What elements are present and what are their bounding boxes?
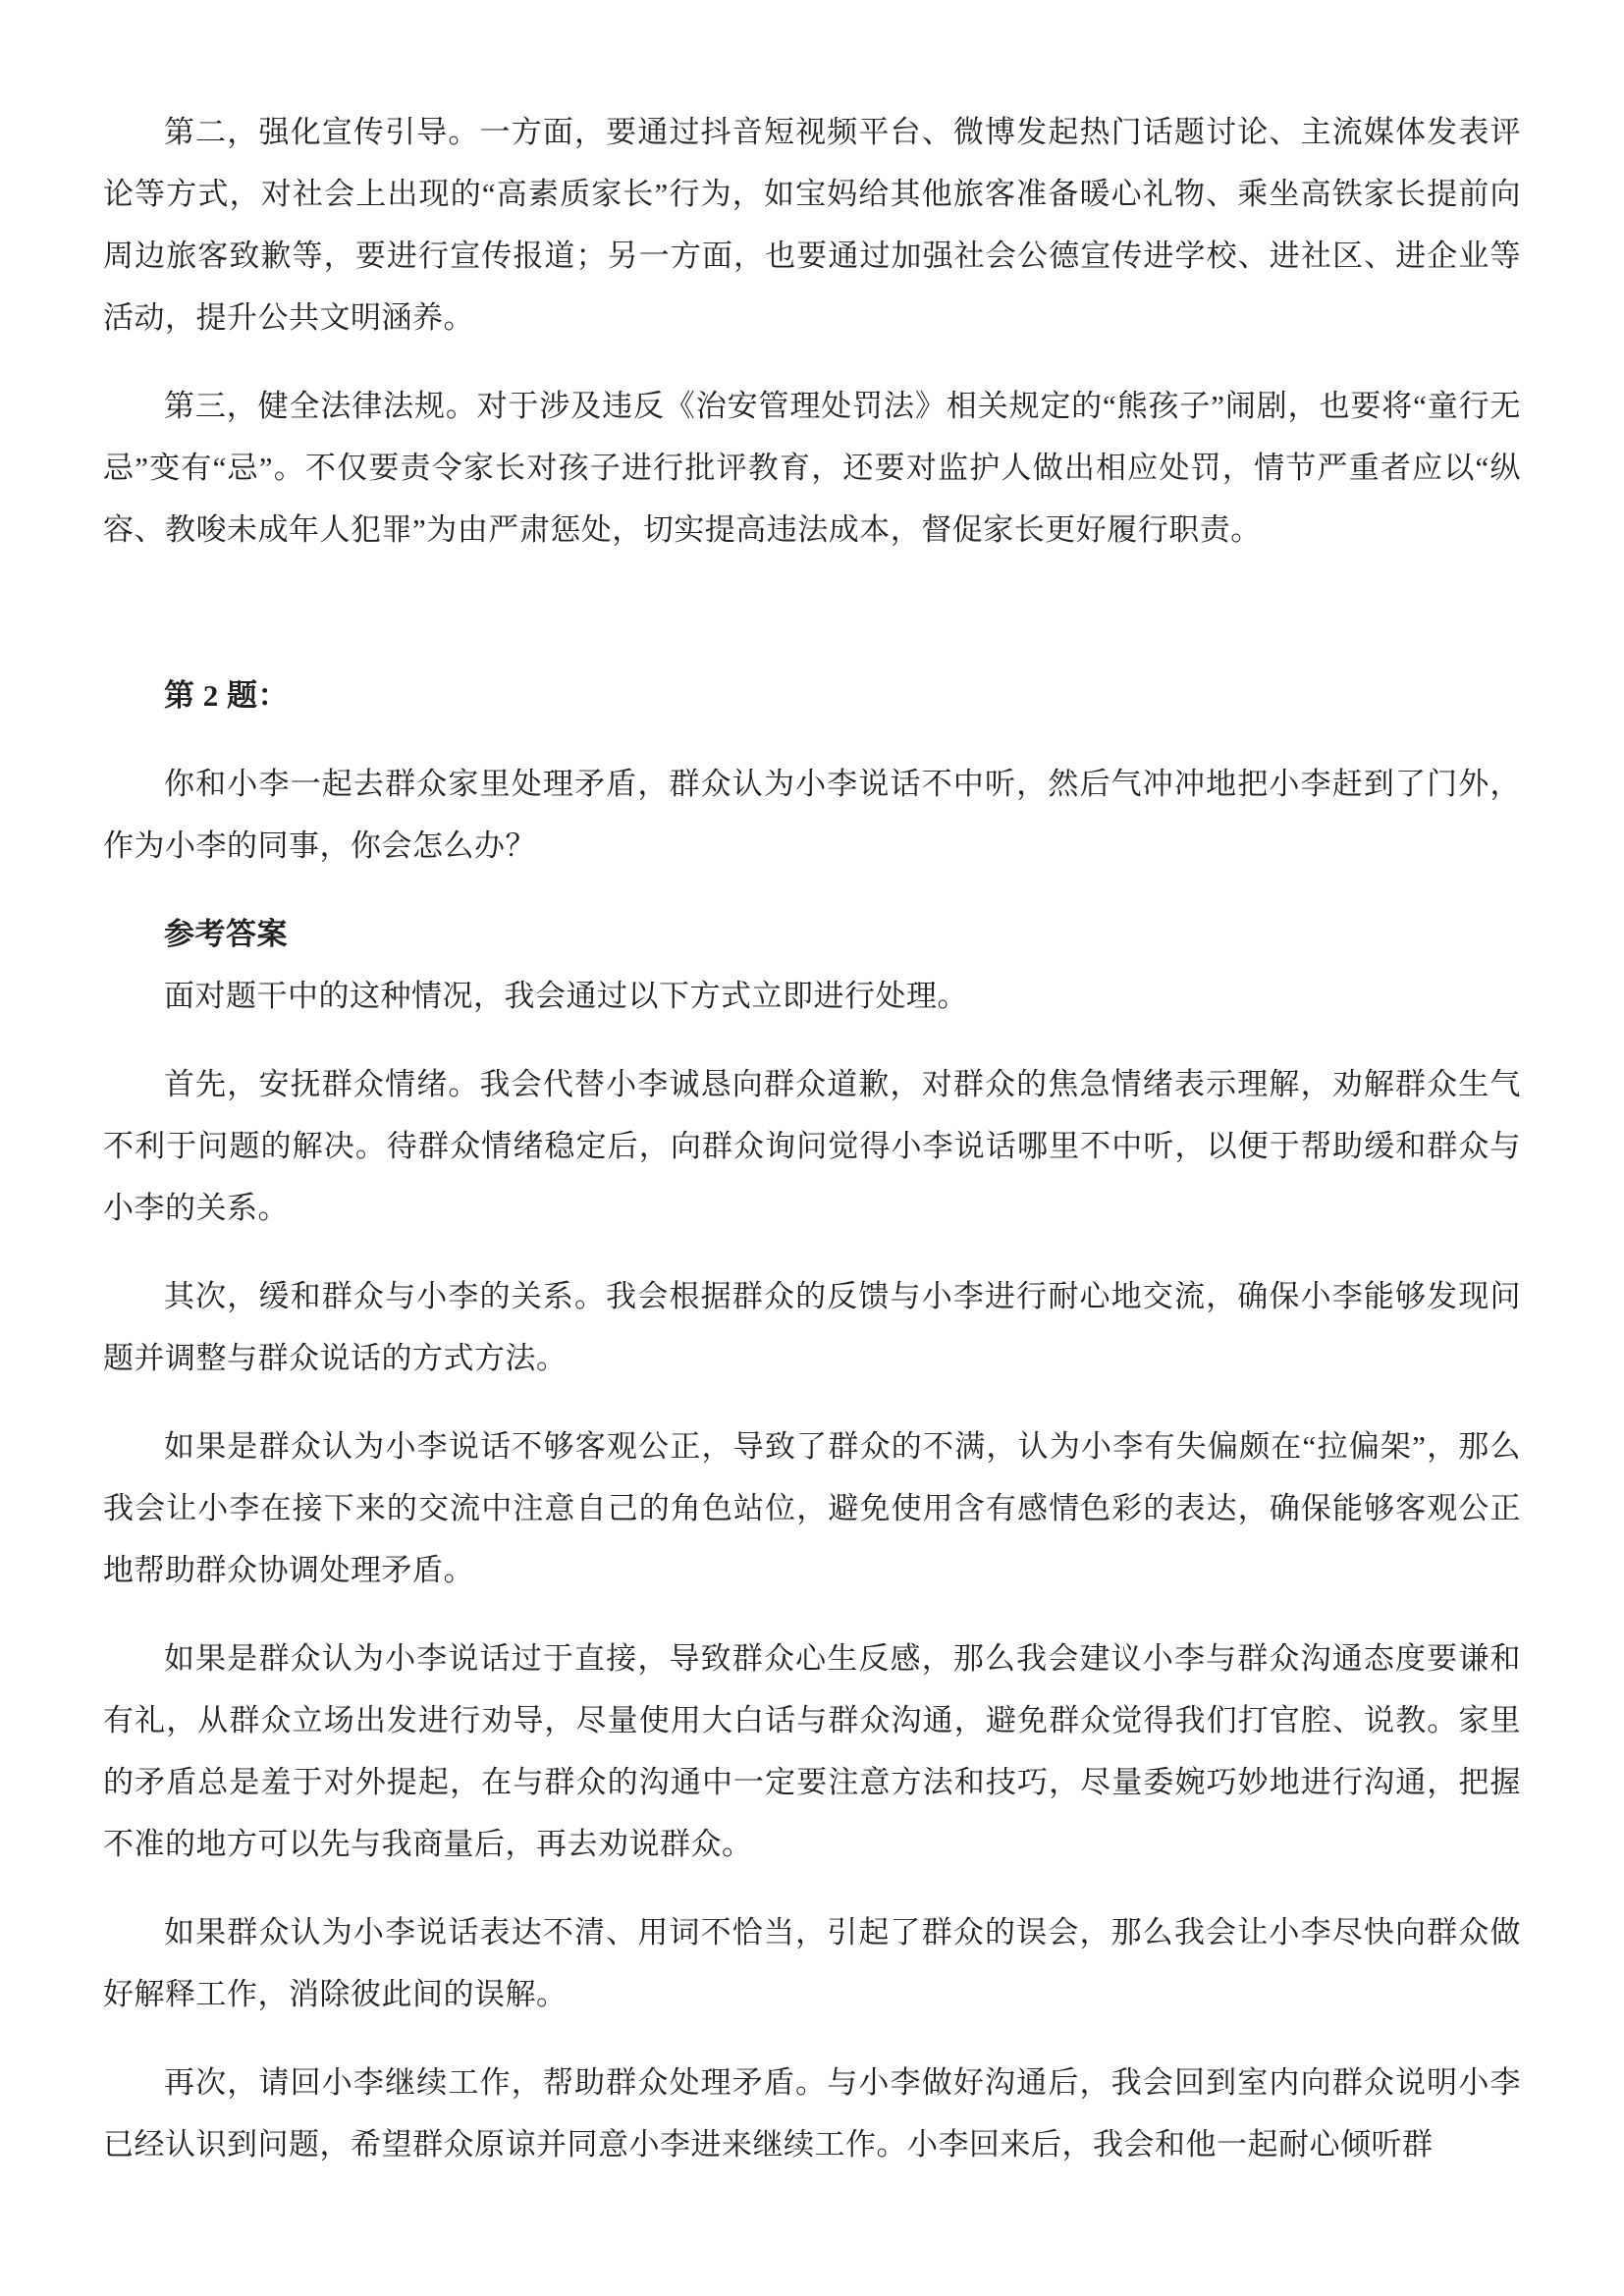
reference-answer-heading: 参考答案	[103, 903, 1521, 965]
answer-step-first-paragraph: 首先，安抚群众情绪。我会代替小李诚恳向群众道歉，对群众的焦急情绪表示理解，劝解群…	[103, 1053, 1521, 1239]
paragraph-publicity-guidance: 第二，强化宣传引导。一方面，要通过抖音短视频平台、微博发起热门话题讨论、主流媒体…	[103, 101, 1521, 348]
answer-intro-paragraph: 面对题干中的这种情况，我会通过以下方式立即进行处理。	[103, 965, 1521, 1027]
answer-step-second-paragraph: 其次，缓和群众与小李的关系。我会根据群众的反馈与小李进行耐心地交流，确保小李能够…	[103, 1265, 1521, 1389]
document-page: 第二，强化宣传引导。一方面，要通过抖音短视频平台、微博发起热门话题讨论、主流媒体…	[0, 0, 1624, 2296]
answer-case-unclear-paragraph: 如果群众认为小李说话表达不清、用词不恰当，引起了群众的误会，那么我会让小李尽快向…	[103, 1901, 1521, 2025]
answer-step-third-paragraph: 再次，请回小李继续工作，帮助群众处理矛盾。与小李做好沟通后，我会回到室内向群众说…	[103, 2052, 1521, 2175]
paragraph-legal-regulations: 第三，健全法律法规。对于涉及违反《治安管理处罚法》相关规定的“熊孩子”闹剧，也要…	[103, 375, 1521, 561]
answer-case-too-direct-paragraph: 如果是群众认为小李说话过于直接，导致群众心生反感，那么我会建议小李与群众沟通态度…	[103, 1628, 1521, 1875]
question-text: 你和小李一起去群众家里处理矛盾，群众认为小李说话不中听，然后气冲冲地把小李赶到了…	[103, 753, 1521, 877]
question-number-heading: 第 2 题：	[103, 665, 1521, 726]
answer-case-unfair-paragraph: 如果是群众认为小李说话不够客观公正，导致了群众的不满，认为小李有失偏颇在“拉偏架…	[103, 1415, 1521, 1601]
